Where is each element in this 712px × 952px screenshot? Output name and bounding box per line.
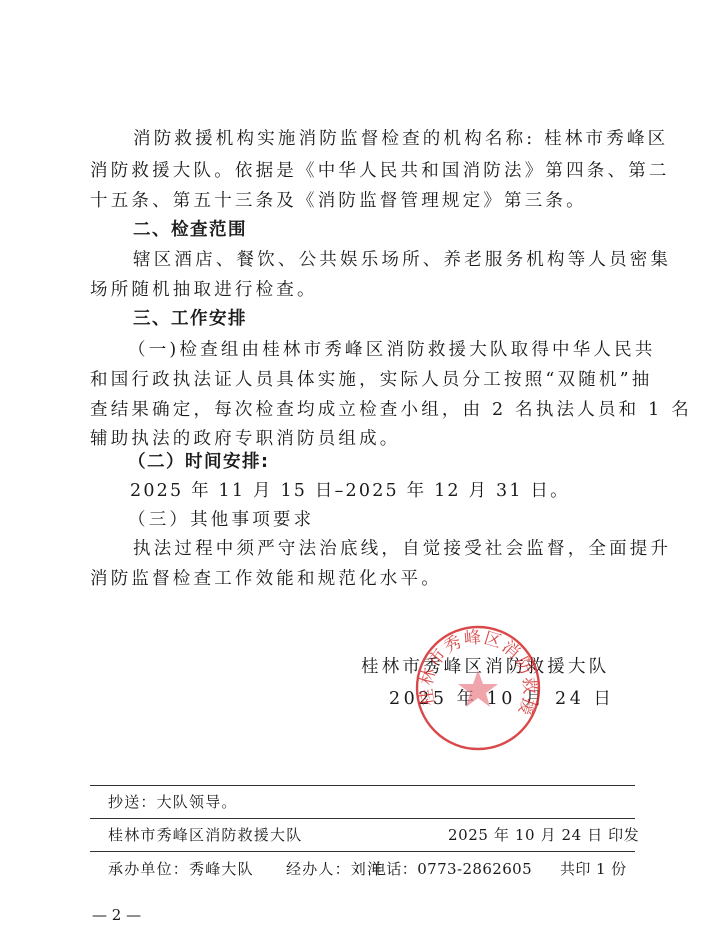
copies: 共印 1 份 <box>560 859 626 879</box>
footer-divider <box>90 851 635 852</box>
subsection-heading-schedule: （二）时间安排: <box>128 451 270 473</box>
body-line: 辅助执法的政府专职消防员组成。 <box>90 428 401 450</box>
handler: 经办人：刘洋 <box>286 859 383 879</box>
document-page: 消防救援机构实施消防监督检查的机构名称: 桂林市秀峰区 消防救援大队。依据是《中… <box>0 0 712 952</box>
undertaker: 承办单位：秀峰大队 <box>108 859 254 879</box>
footer-divider <box>90 785 635 786</box>
body-line: 消防监督检查工作效能和规范化水平。 <box>90 568 442 590</box>
body-line: 执法过程中须严守法治底线，自觉接受社会监督，全面提升 <box>133 538 671 560</box>
body-line: 查结果确定，每次检查均成立检查小组，由 2 名执法人员和 1 名 <box>90 399 692 421</box>
body-line: 消防救援机构实施消防监督检查的机构名称: 桂林市秀峰区 <box>133 128 668 150</box>
body-line: 辖区酒店、餐饮、公共娱乐场所、养老服务机构等人员密集 <box>133 249 671 271</box>
issuer: 桂林市秀峰区消防救援大队 <box>108 825 302 845</box>
signature-org: 桂林市秀峰区消防救援大队 <box>361 656 609 678</box>
section-heading-arrangement: 三、工作安排 <box>133 308 247 330</box>
schedule-dates: 2025 年 11 月 15 日–2025 年 12 月 31 日。 <box>130 480 570 502</box>
issue-date: 2025 年 10 月 24 日 印发 <box>448 825 639 845</box>
body-line: 场所随机抽取进行检查。 <box>90 279 318 301</box>
section-heading-scope: 二、检查范围 <box>133 219 247 241</box>
body-line: 和国行政执法证人员具体实施，实际人员分工按照“双随机”抽 <box>90 369 653 391</box>
footer-divider <box>90 818 635 819</box>
body-line: 消防救援大队。依据是《中华人民共和国消防法》第四条、第二 <box>90 160 670 182</box>
body-line: （一)检查组由桂林市秀峰区消防救援大队取得中华人民共 <box>128 339 656 361</box>
body-line: 十五条、第五十三条及《消防监督管理规定》第三条。 <box>90 190 587 212</box>
subsection-heading-other: （三）其他事项要求 <box>128 509 314 531</box>
cc-line: 抄送：大队领导。 <box>108 792 238 812</box>
signature-date: 2025 年 10 月 24 日 <box>389 688 614 710</box>
phone: 电话：0773-2862605 <box>371 859 532 879</box>
page-number: — 2 — <box>92 906 141 924</box>
